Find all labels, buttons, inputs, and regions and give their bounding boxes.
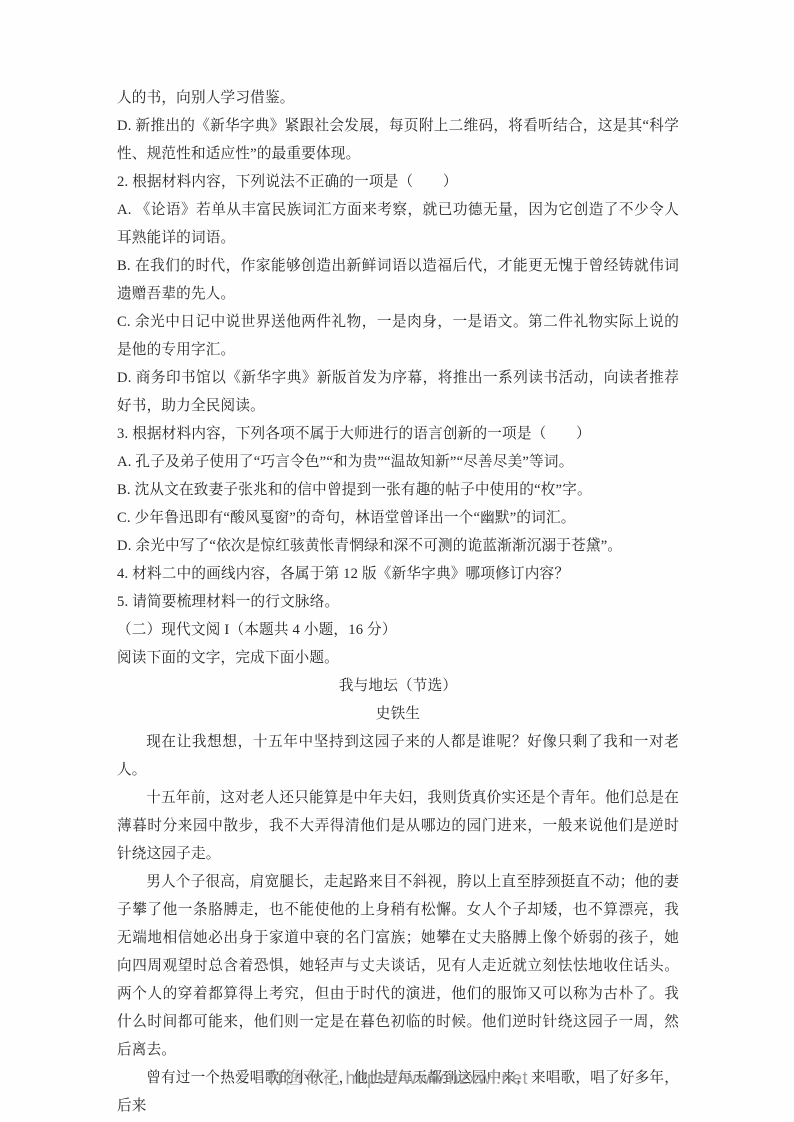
passage-title: 我与地坛（节选） — [117, 672, 679, 700]
option-line-q3-d: D. 余光中写了“依次是惊红骇黄怅青惘绿和深不可测的诡蓝渐渐沉溺于苍黛”。 — [117, 532, 679, 560]
option-line-q3-a: A. 孔子及弟子使用了“巧言令色”“和为贵”“温故知新”“尽善尽美”等词。 — [117, 448, 679, 476]
continuation-line: 人的书，向别人学习借鉴。 — [117, 84, 679, 112]
passage-paragraph: 十五年前，这对老人还只能算是中年夫妇，我则货真价实还是个青年。他们总是在薄暮时分… — [117, 784, 679, 868]
passage-author: 史铁生 — [117, 700, 679, 728]
exam-paper-page: 人的书，向别人学习借鉴。 D. 新推出的《新华字典》紧跟社会发展，每页附上二维码… — [0, 0, 794, 1122]
question-4: 4. 材料二中的画线内容，各属于第 12 版《新华字典》哪项修订内容？ — [117, 560, 679, 588]
option-line-q2-d: D. 商务印书馆以《新华字典》新版首发为序幕，将推出一系列读书活动，向读者推荐好… — [117, 364, 679, 420]
option-line-q3-b: B. 沈从文在致妻子张兆和的信中曾提到一张有趣的帖子中使用的“枚”字。 — [117, 476, 679, 504]
question-3: 3. 根据材料内容，下列各项不属于大师进行的语言创新的一项是（ ） — [117, 420, 679, 448]
option-line-q3-c: C. 少年鲁迅即有“酸风戛窗”的奇句，林语堂曾译出一个“幽默”的词汇。 — [117, 504, 679, 532]
question-2: 2. 根据材料内容，下列说法不正确的一项是（ ） — [117, 168, 679, 196]
option-line-q2-a: A. 《论语》若单从丰富民族词汇方面来考察，就已功德无量，因为它创造了不少令人耳… — [117, 196, 679, 252]
passage-paragraph: 男人个子很高，肩宽腿长，走起路来目不斜视，胯以上直至脖颈挺直不动；他的妻子攀了他… — [117, 868, 679, 1064]
option-line-q2-b: B. 在我们的时代，作家能够创造出新鲜词语以造福后代，才能更无愧于曾经铸就伟词遗… — [117, 252, 679, 308]
exam-content: 人的书，向别人学习借鉴。 D. 新推出的《新华字典》紧跟社会发展，每页附上二维码… — [117, 84, 679, 1120]
reading-instruction: 阅读下面的文字，完成下面小题。 — [117, 644, 679, 672]
question-5: 5. 请简要梳理材料一的行文脉络。 — [117, 588, 679, 616]
passage-paragraph: 现在让我想想，十五年中坚持到这园子来的人都是谁呢？好像只剩了我和一对老人。 — [117, 728, 679, 784]
option-line-q2-c: C. 余光中日记中说世界送他两件礼物，一是肉身，一是语文。第二件礼物实际上说的是… — [117, 308, 679, 364]
option-line-q1-d: D. 新推出的《新华字典》紧跟社会发展，每页附上二维码，将看听结合，这是其“科学… — [117, 112, 679, 168]
footer-watermark: 有渔有礼 https://www.nzxwl.net — [0, 1064, 794, 1090]
section-heading: （二）现代文阅 I（本题共 4 小题，16 分） — [117, 616, 679, 644]
